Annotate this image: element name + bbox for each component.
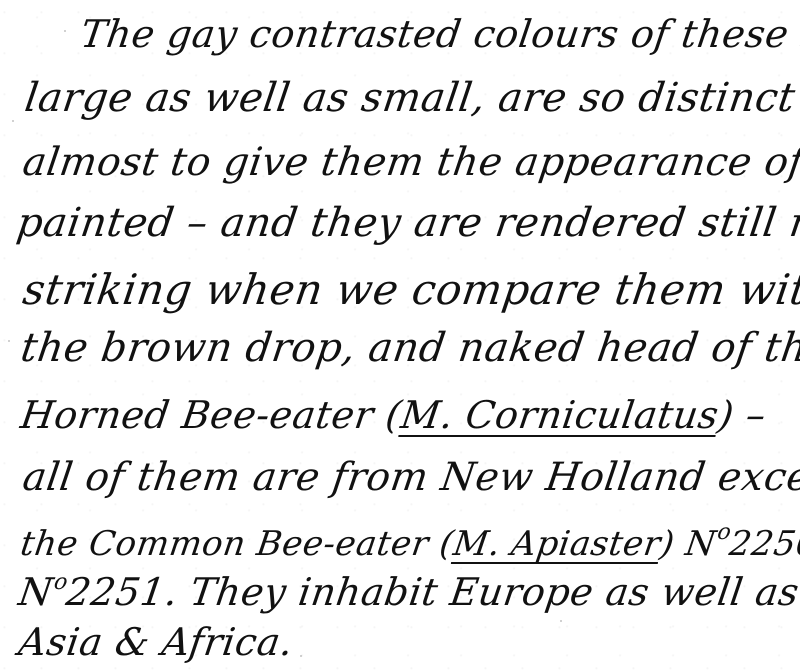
line-text: ) N: [658, 524, 719, 564]
manuscript-page: The gay contrasted colours of these spec…: [0, 0, 800, 672]
line-text: Horned Bee-eater (: [18, 393, 404, 437]
line-text: the brown drop, and naked head of the: [18, 325, 800, 371]
line-text: 2251. They inhabit Europe as well as: [64, 570, 800, 614]
paper-speck: [560, 620, 562, 622]
catalogue-number: 2250 &: [727, 524, 800, 564]
line-text: striking when we compare them with: [20, 265, 800, 314]
paper-speck: [64, 30, 66, 32]
paper-speck: [12, 120, 14, 122]
species-name-corniculatus: M. Corniculatus: [398, 393, 721, 437]
manuscript-line-5: striking when we compare them with: [20, 265, 800, 314]
manuscript-line-1: The gay contrasted colours of these spec…: [78, 12, 800, 56]
line-text: large as well as small, are so distinct …: [22, 75, 800, 121]
manuscript-line-9: the Common Bee-eater (M. Apiaster) No225…: [18, 520, 800, 564]
manuscript-line-2: large as well as small, are so distinct …: [22, 75, 800, 121]
species-name-apiaster: M. Apiaster: [451, 524, 664, 564]
paper-speck: [8, 340, 10, 342]
manuscript-line-8: all of them are from New Holland except: [20, 455, 800, 500]
line-text: ) –: [715, 393, 769, 437]
line-text: N: [16, 570, 56, 614]
paper-speck: [300, 655, 302, 657]
manuscript-line-7: Horned Bee-eater (M. Corniculatus) –: [18, 393, 769, 437]
line-text: the Common Bee-eater (: [18, 524, 456, 564]
manuscript-line-11: Asia & Africa.: [16, 620, 296, 664]
line-text: painted – and they are rendered still mo…: [14, 200, 800, 246]
line-text: almost to give them the appearance of be…: [20, 140, 800, 185]
manuscript-line-10: No2251. They inhabit Europe as well as: [16, 570, 800, 614]
line-text: all of them are from New Holland except: [20, 455, 800, 500]
manuscript-line-4: painted – and they are rendered still mo…: [14, 200, 800, 246]
manuscript-line-3: almost to give them the appearance of be…: [20, 140, 800, 185]
manuscript-line-6: the brown drop, and naked head of the: [18, 325, 800, 371]
line-text: Asia & Africa.: [16, 620, 296, 664]
line-text: The gay contrasted colours of these spec…: [78, 12, 800, 56]
